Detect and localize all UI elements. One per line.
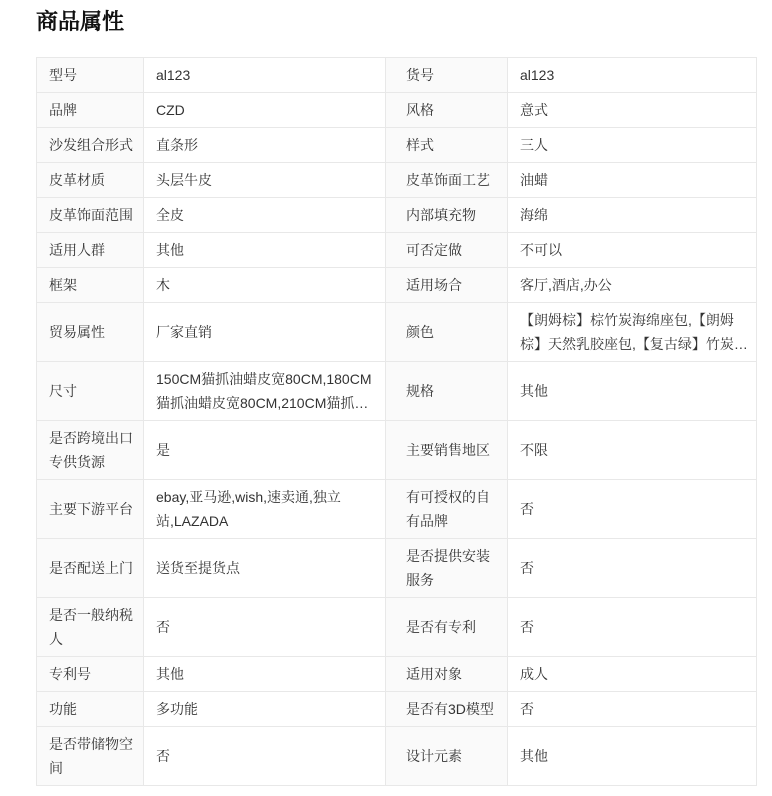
attribute-label: 可否定做 [386,233,508,268]
attribute-row: 功能多功能是否有3D模型否 [37,692,757,727]
attribute-value: 海绵 [508,198,757,233]
attribute-value: 【朗姆棕】棕竹炭海绵座包,【朗姆棕】天然乳胶座包,【复古绿】竹炭海绵座... [508,303,757,362]
attribute-row: 是否跨境出口专供货源是主要销售地区不限 [37,421,757,480]
attribute-label: 沙发组合形式 [37,128,144,163]
attribute-value: 客厅,酒店,办公 [508,268,757,303]
attribute-value: 三人 [508,128,757,163]
attribute-value: 油蜡 [508,163,757,198]
attribute-row: 尺寸150CM猫抓油蜡皮宽80CM,180CM猫抓油蜡皮宽80CM,210CM猫… [37,362,757,421]
attribute-label: 尺寸 [37,362,144,421]
attribute-value: 否 [508,539,757,598]
attribute-value: 其他 [508,727,757,786]
attribute-label: 风格 [386,93,508,128]
attribute-value: 头层牛皮 [144,163,386,198]
attribute-row: 是否带储物空间否设计元素其他 [37,727,757,786]
attribute-label: 是否带储物空间 [37,727,144,786]
attributes-table: 型号al123货号al123品牌CZD风格意式沙发组合形式直条形样式三人皮革材质… [36,57,757,786]
attribute-value: CZD [144,93,386,128]
attribute-label: 主要下游平台 [37,480,144,539]
attribute-value: 送货至提货点 [144,539,386,598]
attribute-row: 是否一般纳税人否是否有专利否 [37,598,757,657]
attribute-label: 是否一般纳税人 [37,598,144,657]
attribute-label: 框架 [37,268,144,303]
attribute-label: 样式 [386,128,508,163]
attribute-label: 设计元素 [386,727,508,786]
attribute-row: 是否配送上门送货至提货点是否提供安装服务否 [37,539,757,598]
attribute-value: 150CM猫抓油蜡皮宽80CM,180CM猫抓油蜡皮宽80CM,210CM猫抓油… [144,362,386,421]
attribute-value: 其他 [144,657,386,692]
attribute-label: 专利号 [37,657,144,692]
attribute-value: 否 [144,727,386,786]
attribute-value: 不限 [508,421,757,480]
attribute-label: 皮革饰面工艺 [386,163,508,198]
attribute-label: 是否配送上门 [37,539,144,598]
attribute-label: 贸易属性 [37,303,144,362]
attribute-row: 品牌CZD风格意式 [37,93,757,128]
attribute-label: 适用场合 [386,268,508,303]
attribute-row: 贸易属性厂家直销颜色【朗姆棕】棕竹炭海绵座包,【朗姆棕】天然乳胶座包,【复古绿】… [37,303,757,362]
attribute-row: 专利号其他适用对象成人 [37,657,757,692]
attribute-label: 品牌 [37,93,144,128]
attribute-label: 内部填充物 [386,198,508,233]
attribute-label: 皮革材质 [37,163,144,198]
attribute-label: 是否提供安装服务 [386,539,508,598]
attribute-value: 厂家直销 [144,303,386,362]
attribute-row: 主要下游平台ebay,亚马逊,wish,速卖通,独立站,LAZADA有可授权的自… [37,480,757,539]
attribute-label: 主要销售地区 [386,421,508,480]
section-title: 商品属性 [36,8,756,36]
attribute-value: 否 [144,598,386,657]
attribute-value: 否 [508,480,757,539]
attribute-row: 沙发组合形式直条形样式三人 [37,128,757,163]
attribute-label: 货号 [386,58,508,93]
attribute-label: 是否跨境出口专供货源 [37,421,144,480]
attribute-value: 是 [144,421,386,480]
attribute-label: 型号 [37,58,144,93]
attribute-value: 全皮 [144,198,386,233]
attribute-value: 否 [508,692,757,727]
attribute-label: 是否有3D模型 [386,692,508,727]
attribute-value: 成人 [508,657,757,692]
attribute-label: 有可授权的自有品牌 [386,480,508,539]
attributes-table-body: 型号al123货号al123品牌CZD风格意式沙发组合形式直条形样式三人皮革材质… [37,58,757,786]
attribute-row: 皮革材质头层牛皮皮革饰面工艺油蜡 [37,163,757,198]
attribute-label: 规格 [386,362,508,421]
attribute-value: al123 [508,58,757,93]
attribute-value: 直条形 [144,128,386,163]
attribute-value: al123 [144,58,386,93]
attribute-value: 其他 [508,362,757,421]
attribute-value: 否 [508,598,757,657]
attribute-row: 型号al123货号al123 [37,58,757,93]
attribute-label: 是否有专利 [386,598,508,657]
attribute-value: 不可以 [508,233,757,268]
attribute-value: 其他 [144,233,386,268]
attribute-row: 适用人群其他可否定做不可以 [37,233,757,268]
attribute-label: 适用人群 [37,233,144,268]
attribute-label: 皮革饰面范围 [37,198,144,233]
attribute-label: 功能 [37,692,144,727]
attribute-row: 皮革饰面范围全皮内部填充物海绵 [37,198,757,233]
attribute-value: 意式 [508,93,757,128]
attribute-row: 框架木适用场合客厅,酒店,办公 [37,268,757,303]
product-attributes-section: 商品属性 型号al123货号al123品牌CZD风格意式沙发组合形式直条形样式三… [0,0,772,796]
attribute-value: ebay,亚马逊,wish,速卖通,独立站,LAZADA [144,480,386,539]
attribute-label: 颜色 [386,303,508,362]
attribute-label: 适用对象 [386,657,508,692]
attribute-value: 多功能 [144,692,386,727]
attribute-value: 木 [144,268,386,303]
